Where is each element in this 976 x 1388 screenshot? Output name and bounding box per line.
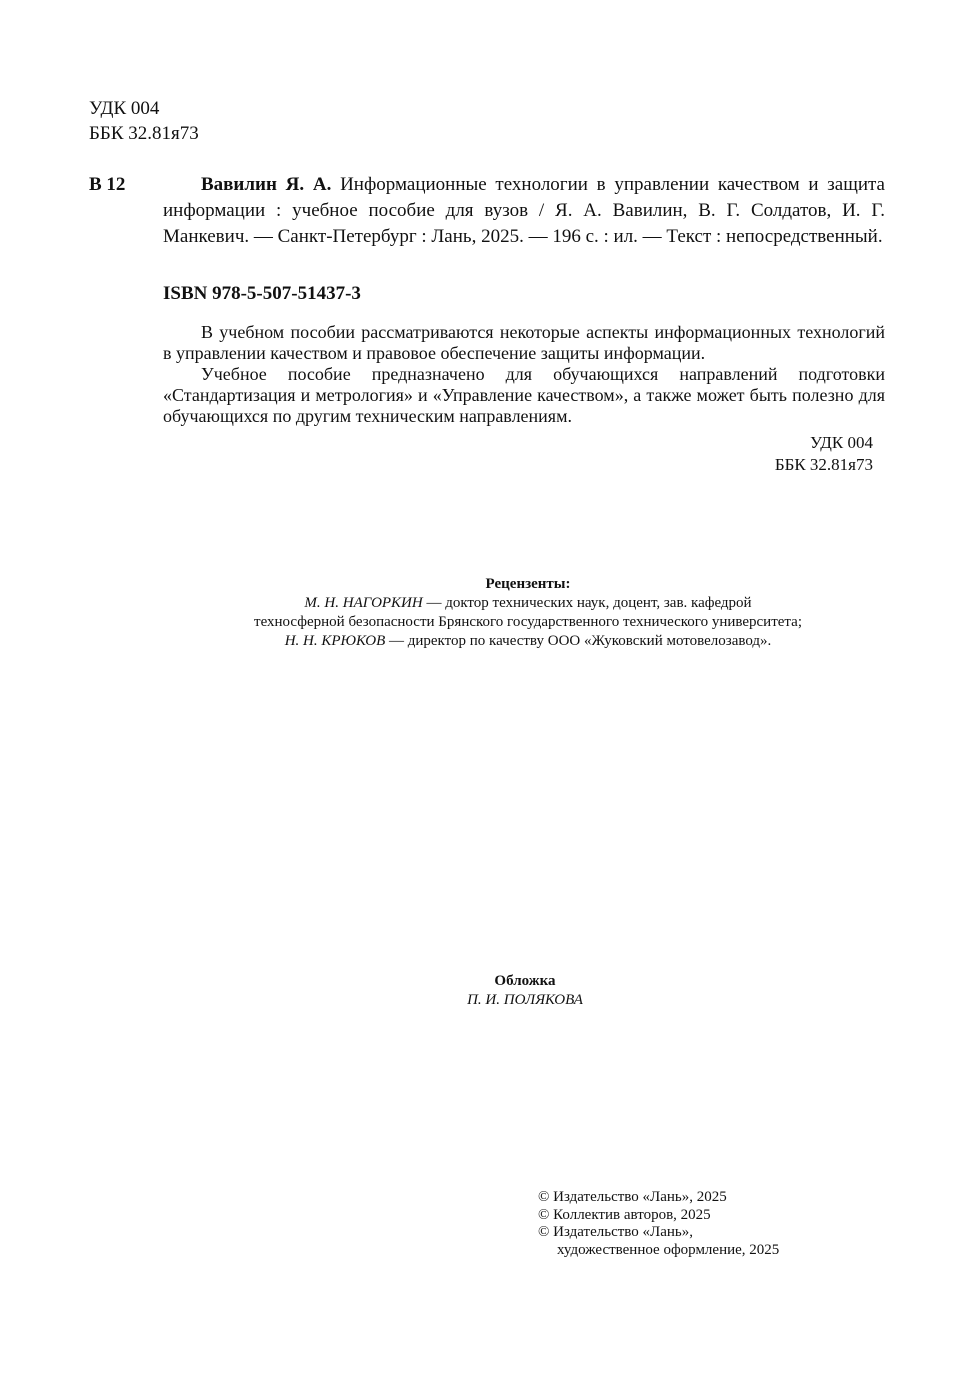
bibliographic-record: Вавилин Я. А. Информационные технологии … — [163, 172, 885, 250]
udk-code: УДК 004 — [89, 96, 199, 121]
reviewer: М. Н. НАГОРКИН — доктор технических наук… — [160, 594, 896, 613]
bottom-classification: УДК 004 ББК 32.81я73 — [700, 432, 873, 476]
abstract-paragraph: В учебном пособии рассматриваются некото… — [163, 322, 885, 364]
reviewer-affiliation: техносферной безопасности Брянского госу… — [160, 613, 896, 632]
reviewers-block: Рецензенты: М. Н. НАГОРКИН — доктор техн… — [160, 575, 896, 651]
copyright-line: © Издательство «Лань», 2025 — [538, 1189, 779, 1207]
cover-heading: Обложка — [380, 972, 670, 991]
copyright-block: © Издательство «Лань», 2025 © Коллектив … — [538, 1189, 779, 1259]
bbk-code: ББК 32.81я73 — [89, 121, 199, 146]
copyright-line: художественное оформление, 2025 — [538, 1242, 779, 1260]
author-name: Вавилин Я. А. — [201, 174, 331, 195]
bbk-code: ББК 32.81я73 — [700, 454, 873, 476]
reviewer-description: — доктор технических наук, доцент, зав. … — [423, 595, 752, 611]
reviewer-description: — директор по качеству ООО «Жуковский мо… — [385, 633, 771, 649]
reviewer-name: Н. Н. КРЮКОВ — [285, 633, 386, 649]
cover-designer: П. И. ПОЛЯКОВА — [380, 991, 670, 1010]
copyright-line: © Коллектив авторов, 2025 — [538, 1207, 779, 1225]
top-classification: УДК 004 ББК 32.81я73 — [89, 96, 199, 146]
reviewer: Н. Н. КРЮКОВ — директор по качеству ООО … — [160, 632, 896, 651]
reviewers-heading: Рецензенты: — [160, 575, 896, 594]
abstract: В учебном пособии рассматриваются некото… — [163, 322, 885, 427]
copyright-line: © Издательство «Лань», — [538, 1224, 779, 1242]
udk-code: УДК 004 — [700, 432, 873, 454]
catalog-code: В 12 — [89, 172, 125, 198]
abstract-paragraph: Учебное пособие предназначено для обучаю… — [163, 364, 885, 427]
reviewer-name: М. Н. НАГОРКИН — [304, 595, 422, 611]
cover-credit: Обложка П. И. ПОЛЯКОВА — [380, 972, 670, 1010]
isbn: ISBN 978-5-507-51437-3 — [163, 282, 361, 306]
